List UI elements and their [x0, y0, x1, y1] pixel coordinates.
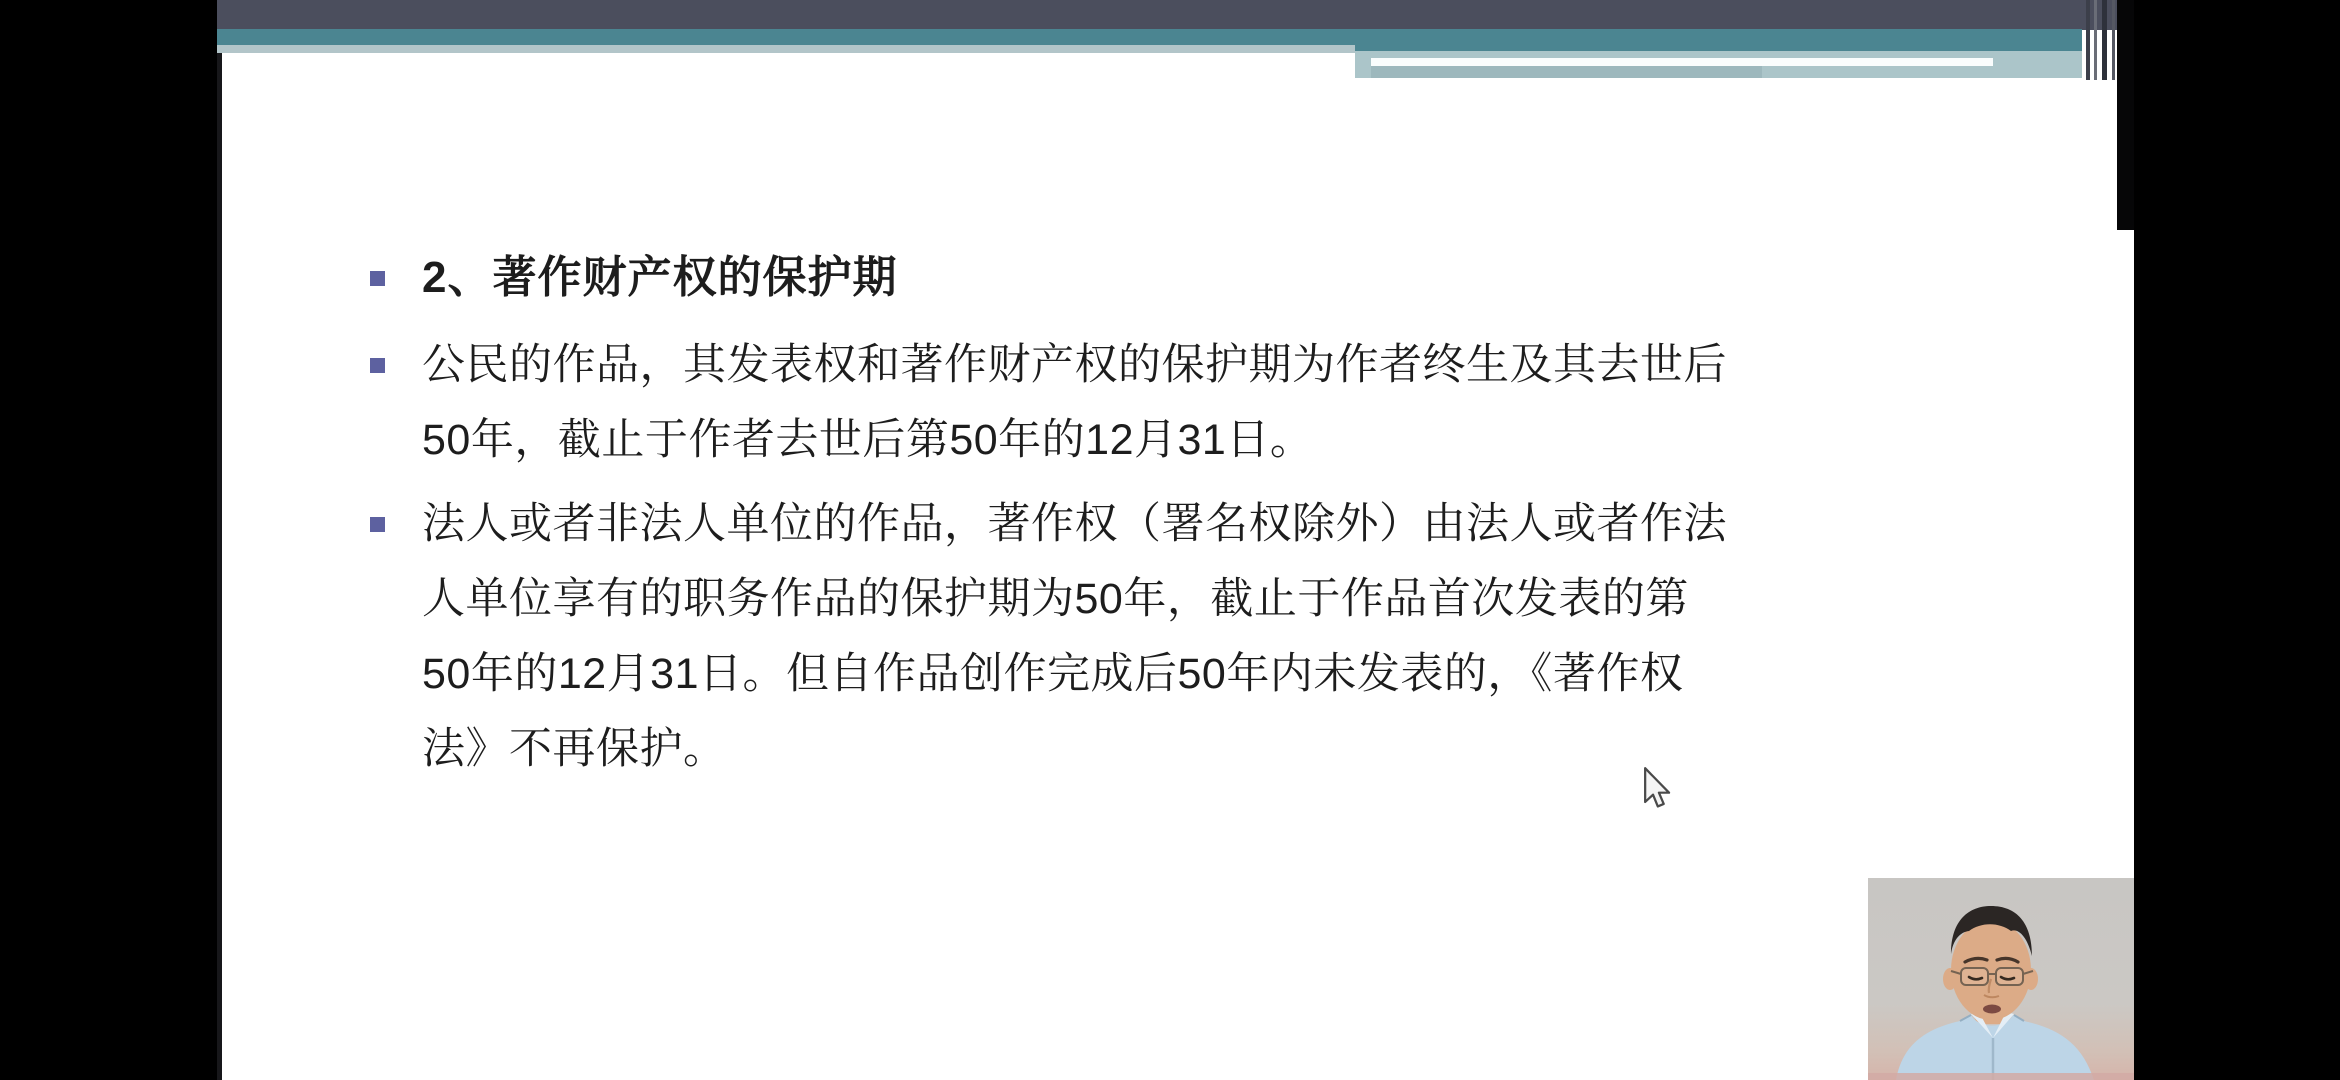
presenter-illustration [1868, 878, 2134, 1080]
text-line: 人单位享有的职务作品的保护期为50年，截止于作品首次发表的第 [422, 562, 1727, 637]
video-left-edge [217, 0, 222, 1080]
bullet-icon [370, 517, 385, 532]
video-edge-streak [2094, 0, 2097, 80]
mouse-cursor-icon [1638, 764, 1672, 809]
slide-header-stripe-gray [1371, 66, 1762, 78]
slide-header-bar-dark [217, 0, 2134, 30]
text-line: 公民的作品，其发表权和著作财产权的保护期为作者终生及其去世后 [422, 328, 1727, 403]
text-line: 50年，截止于作者去世后第50年的12月31日。 [422, 403, 1727, 478]
letterbox-left [0, 0, 217, 1080]
bullet-icon [370, 358, 385, 373]
slide-header-bar-pale-left [217, 45, 1357, 53]
slide-header-bar-teal-right [1355, 29, 2082, 51]
letterbox-right [2134, 0, 2340, 1080]
slide-header-bar-teal-left [217, 29, 1357, 45]
presenter-webcam [1868, 878, 2134, 1080]
text-line: 法》不再保护。 [422, 712, 1727, 787]
video-corner-dark [2117, 0, 2134, 230]
video-edge-streak [2102, 0, 2107, 80]
text-line: 法人或者非法人单位的作品，著作权（署名权除外）由法人或者作法 [422, 487, 1727, 562]
bullet-icon [370, 271, 385, 286]
video-edge-streak [2086, 0, 2090, 80]
video-frame: 2、著作财产权的保护期 公民的作品，其发表权和著作财产权的保护期为作者终生及其去… [0, 0, 2340, 1080]
text-line: 50年的12月31日。但自作品创作完成后50年内未发表的，《著作权 [422, 637, 1727, 712]
video-edge-streak [2112, 0, 2115, 80]
slide-title: 2、著作财产权的保护期 [422, 250, 897, 306]
lecture-video[interactable]: 2、著作财产权的保护期 公民的作品，其发表权和著作财产权的保护期为作者终生及其去… [217, 0, 2134, 1080]
slide-paragraph: 公民的作品，其发表权和著作财产权的保护期为作者终生及其去世后50年，截止于作者去… [422, 328, 1727, 478]
slide-header-stripe-white [1371, 58, 1993, 66]
slide-paragraph: 法人或者非法人单位的作品，著作权（署名权除外）由法人或者作法人单位享有的职务作品… [422, 487, 1727, 787]
